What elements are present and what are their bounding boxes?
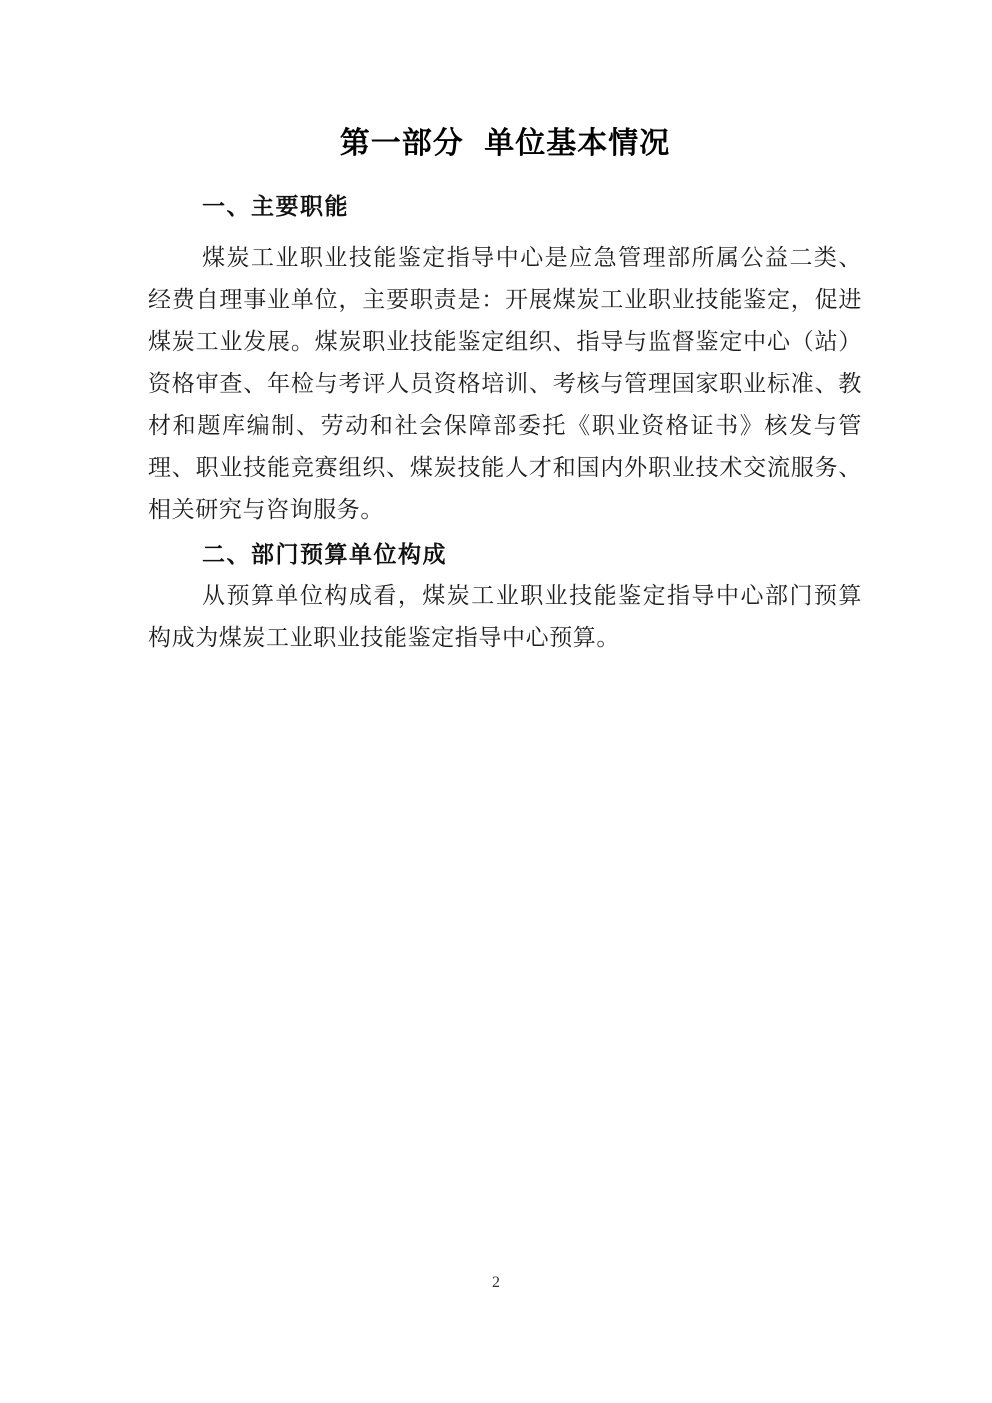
document-page: 第一部分 单位基本情况 一、主要职能 煤炭工业职业技能鉴定指导中心是应急管理部所… (0, 0, 992, 1403)
page-number: 2 (0, 1272, 992, 1294)
page-title: 第一部分 单位基本情况 (148, 122, 862, 166)
paragraph-budget-unit-composition: 从预算单位构成看，煤炭工业职业技能鉴定指导中心部门预算构成为煤炭工业职业技能鉴定… (148, 575, 862, 659)
page-content: 第一部分 单位基本情况 一、主要职能 煤炭工业职业技能鉴定指导中心是应急管理部所… (148, 0, 862, 659)
section-heading-main-functions: 一、主要职能 (148, 185, 862, 227)
section-heading-budget-unit-composition: 二、部门预算单位构成 (148, 533, 862, 575)
paragraph-main-functions: 煤炭工业职业技能鉴定指导中心是应急管理部所属公益二类、经费自理事业单位，主要职责… (148, 237, 862, 531)
